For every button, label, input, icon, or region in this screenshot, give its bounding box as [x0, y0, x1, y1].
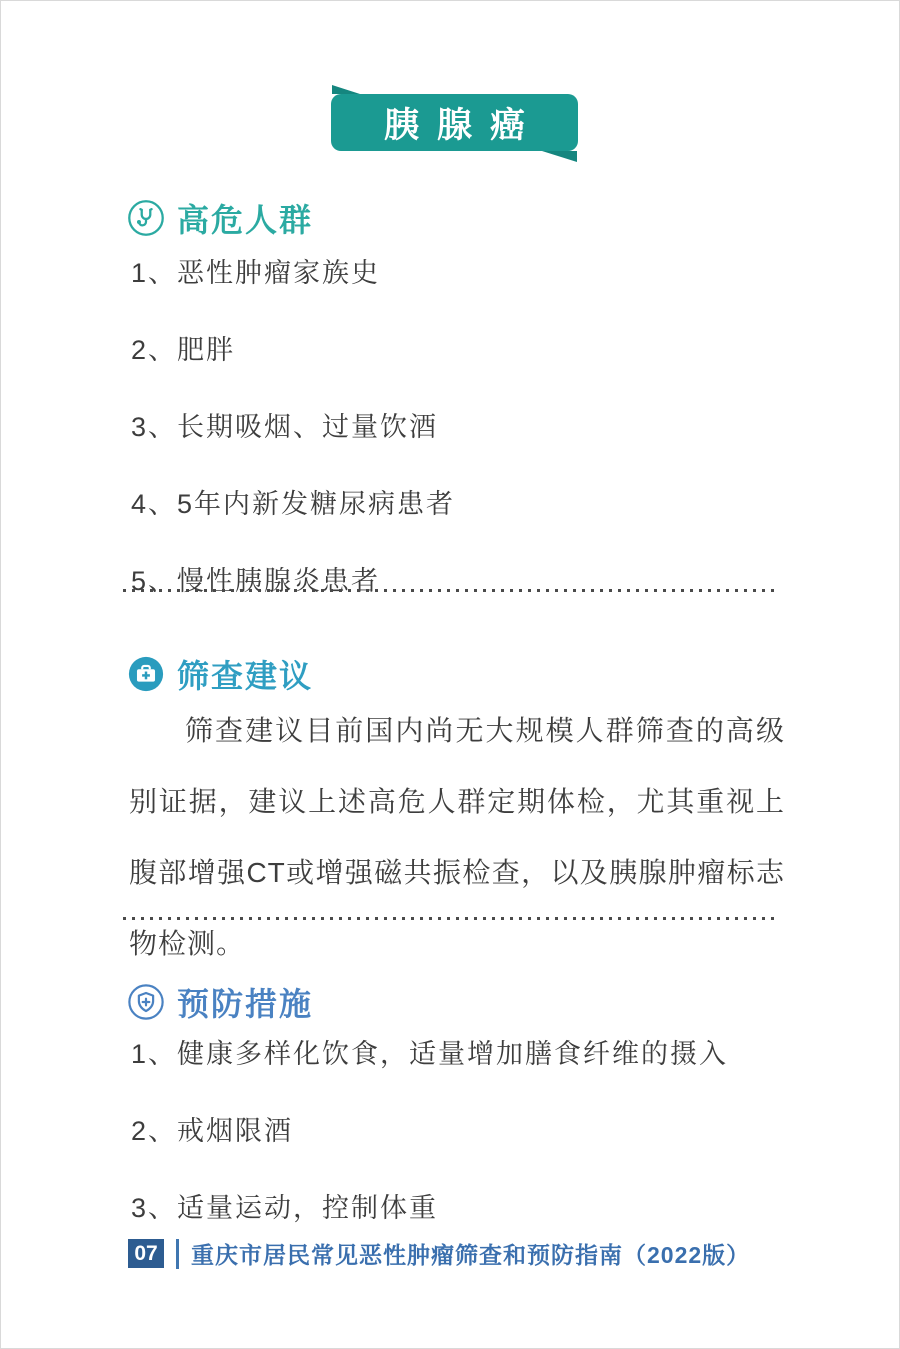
- dotted-divider: [123, 589, 779, 592]
- section-title-screening: 筛查建议: [177, 651, 313, 697]
- dotted-divider: [123, 917, 779, 920]
- title-banner: 胰腺癌: [331, 94, 578, 151]
- shield-plus-icon: [127, 983, 165, 1021]
- list-item: 3、适量运动，控制体重: [131, 1186, 728, 1225]
- section-header-high-risk: 高危人群: [127, 195, 313, 241]
- document-page: 胰腺癌 高危人群 1、恶性肿瘤家族史 2、肥胖 3、长期吸烟、过量饮酒 4、5年…: [0, 0, 900, 1349]
- screening-paragraph: 筛查建议目前国内尚无大规模人群筛查的高级别证据，建议上述高危人群定期体检，尤其重…: [129, 695, 785, 979]
- section-title-prevention: 预防措施: [177, 979, 313, 1025]
- stethoscope-icon: [127, 199, 165, 237]
- page-footer: 07 重庆市居民常见恶性肿瘤筛查和预防指南（2022版）: [128, 1237, 750, 1270]
- page-number-badge: 07: [128, 1239, 164, 1268]
- high-risk-list: 1、恶性肿瘤家族史 2、肥胖 3、长期吸烟、过量饮酒 4、5年内新发糖尿病患者 …: [131, 251, 455, 636]
- ribbon-fold-top-left-icon: [332, 85, 360, 94]
- list-item: 4、5年内新发糖尿病患者: [131, 482, 455, 521]
- ribbon-fold-bottom-right-icon: [542, 151, 577, 162]
- page-title: 胰腺癌: [366, 98, 543, 148]
- footer-guide-title: 重庆市居民常见恶性肿瘤筛查和预防指南（2022版）: [191, 1237, 750, 1270]
- prevention-list: 1、健康多样化饮食，适量增加膳食纤维的摄入 2、戒烟限酒 3、适量运动，控制体重: [131, 1032, 728, 1263]
- list-item: 3、长期吸烟、过量饮酒: [131, 405, 455, 444]
- section-header-prevention: 预防措施: [127, 979, 313, 1025]
- section-title-high-risk: 高危人群: [177, 195, 313, 241]
- footer-separator: [176, 1239, 179, 1269]
- list-item: 2、肥胖: [131, 328, 455, 367]
- list-item: 1、恶性肿瘤家族史: [131, 251, 455, 290]
- list-item: 1、健康多样化饮食，适量增加膳食纤维的摄入: [131, 1032, 728, 1071]
- list-item: 2、戒烟限酒: [131, 1109, 728, 1148]
- section-header-screening: 筛查建议: [127, 651, 313, 697]
- list-item: 5、慢性胰腺炎患者: [131, 559, 455, 598]
- first-aid-kit-icon: [127, 655, 165, 693]
